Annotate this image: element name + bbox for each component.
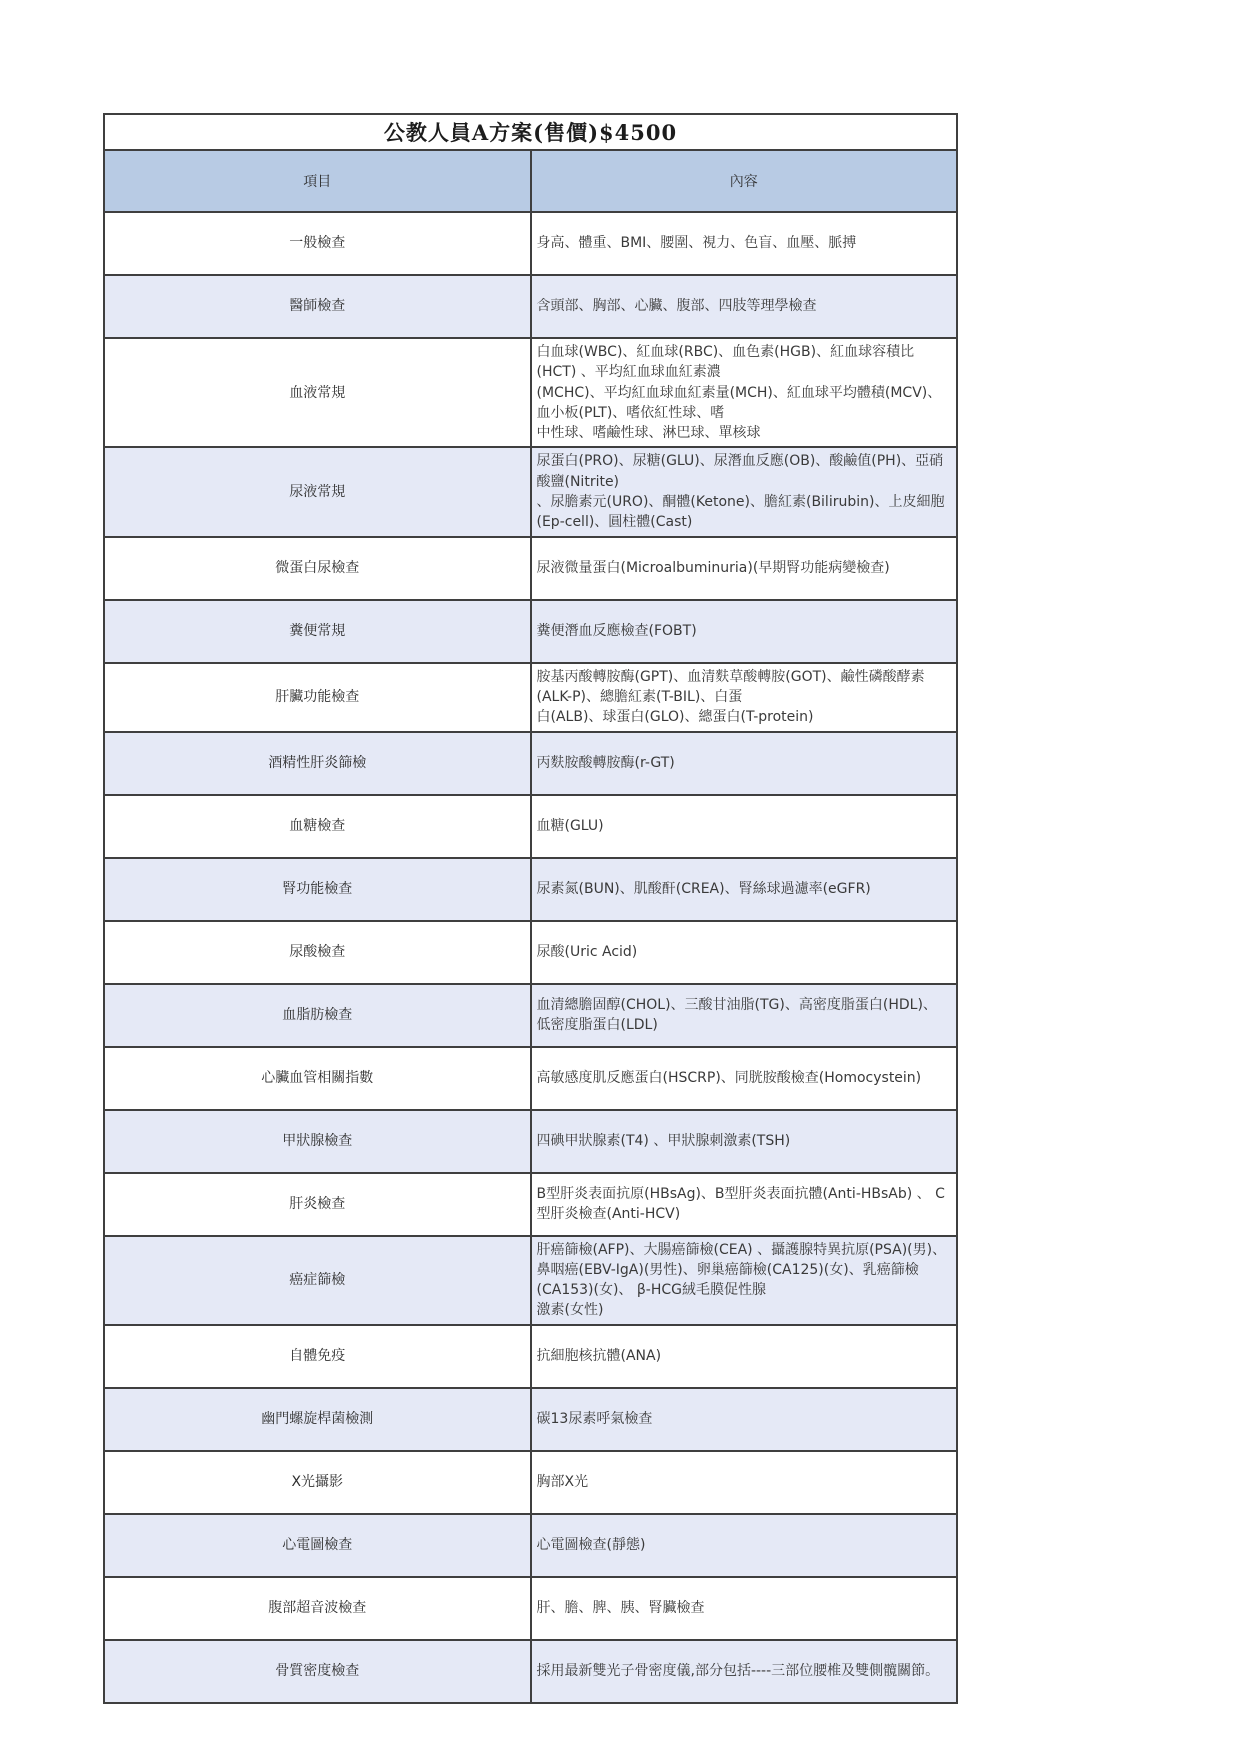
page-title: 公教人員A方案(售價)$4500 <box>104 114 957 150</box>
title-row: 公教人員A方案(售價)$4500 <box>104 114 957 150</box>
exam-item-content: 胺基丙酸轉胺酶(GPT)、血清麩草酸轉胺(GOT)、鹼性磷酸酵素(ALK-P)、… <box>531 663 958 732</box>
table-row: 血糖檢查 血糖(GLU) <box>104 795 957 858</box>
table-row: 腹部超音波檢查 肝、膽、脾、胰、腎臟檢查 <box>104 1577 957 1640</box>
table-row: 尿液常規 尿蛋白(PRO)、尿糖(GLU)、尿潛血反應(OB)、酸鹼值(PH)、… <box>104 447 957 536</box>
exam-item-name: 血脂肪檢查 <box>104 984 531 1047</box>
table-row: 心電圖檢查 心電圖檢查(靜態) <box>104 1514 957 1577</box>
document-page: 公教人員A方案(售價)$4500 項目 內容 一般檢查 身高、體重、BMI、腰圍… <box>0 0 1240 1754</box>
column-header-row: 項目 內容 <box>104 150 957 212</box>
exam-item-content: 尿素氮(BUN)、肌酸酐(CREA)、腎絲球過濾率(eGFR) <box>531 858 958 921</box>
table-row: 幽門螺旋桿菌檢測 碳13尿素呼氣檢查 <box>104 1388 957 1451</box>
column-header-content: 內容 <box>531 150 958 212</box>
table-row: X光攝影 胸部X光 <box>104 1451 957 1514</box>
table-row: 酒精性肝炎篩檢 丙麩胺酸轉胺酶(r-GT) <box>104 732 957 795</box>
table-row: 肝炎檢查 B型肝炎表面抗原(HBsAg)、B型肝炎表面抗體(Anti-HBsAb… <box>104 1173 957 1236</box>
exam-item-content: 胸部X光 <box>531 1451 958 1514</box>
exam-item-content: 肝、膽、脾、胰、腎臟檢查 <box>531 1577 958 1640</box>
exam-item-name: 骨質密度檢查 <box>104 1640 531 1703</box>
table-row: 癌症篩檢 肝癌篩檢(AFP)、大腸癌篩檢(CEA) 、攝護腺特異抗原(PSA)(… <box>104 1236 957 1325</box>
exam-item-name: 心電圖檢查 <box>104 1514 531 1577</box>
table-row: 骨質密度檢查 採用最新雙光子骨密度儀,部分包括----三部位腰椎及雙側髖關節。 <box>104 1640 957 1703</box>
exam-item-name: 糞便常規 <box>104 600 531 663</box>
column-header-item: 項目 <box>104 150 531 212</box>
exam-item-name: 醫師檢查 <box>104 275 531 338</box>
exam-item-content: 心電圖檢查(靜態) <box>531 1514 958 1577</box>
exam-item-name: 一般檢查 <box>104 212 531 275</box>
table-row: 血脂肪檢查 血清總膽固醇(CHOL)、三酸甘油脂(TG)、高密度脂蛋白(HDL)… <box>104 984 957 1047</box>
exam-item-name: 腹部超音波檢查 <box>104 1577 531 1640</box>
exam-item-content: 尿液微量蛋白(Microalbuminuria)(早期腎功能病變檢查) <box>531 537 958 600</box>
table-row: 心臟血管相關指數 高敏感度肌反應蛋白(HSCRP)、同胱胺酸檢查(Homocys… <box>104 1047 957 1110</box>
exam-item-name: 肝炎檢查 <box>104 1173 531 1236</box>
exam-item-content: 白血球(WBC)、紅血球(RBC)、血色素(HGB)、紅血球容積比(HCT) 、… <box>531 338 958 447</box>
table-row: 自體免疫 抗細胞核抗體(ANA) <box>104 1325 957 1388</box>
exam-item-content: 抗細胞核抗體(ANA) <box>531 1325 958 1388</box>
exam-item-name: 尿液常規 <box>104 447 531 536</box>
exam-item-content: 糞便潛血反應檢查(FOBT) <box>531 600 958 663</box>
exam-item-content: 採用最新雙光子骨密度儀,部分包括----三部位腰椎及雙側髖關節。 <box>531 1640 958 1703</box>
exam-item-content: 血清總膽固醇(CHOL)、三酸甘油脂(TG)、高密度脂蛋白(HDL)、低密度脂蛋… <box>531 984 958 1047</box>
exam-item-content: B型肝炎表面抗原(HBsAg)、B型肝炎表面抗體(Anti-HBsAb) 、 C… <box>531 1173 958 1236</box>
exam-item-name: 肝臟功能檢查 <box>104 663 531 732</box>
exam-item-content: 血糖(GLU) <box>531 795 958 858</box>
table-row: 糞便常規 糞便潛血反應檢查(FOBT) <box>104 600 957 663</box>
exam-item-name: 腎功能檢查 <box>104 858 531 921</box>
exam-item-name: 血液常規 <box>104 338 531 447</box>
exam-item-name: 尿酸檢查 <box>104 921 531 984</box>
exam-item-content: 四碘甲狀腺素(T4) 、甲狀腺刺激素(TSH) <box>531 1110 958 1173</box>
exam-item-name: 癌症篩檢 <box>104 1236 531 1325</box>
exam-item-name: 甲狀腺檢查 <box>104 1110 531 1173</box>
health-plan-table: 公教人員A方案(售價)$4500 項目 內容 一般檢查 身高、體重、BMI、腰圍… <box>103 113 958 1704</box>
table-row: 醫師檢查 含頭部、胸部、心臟、腹部、四肢等理學檢查 <box>104 275 957 338</box>
exam-item-name: 自體免疫 <box>104 1325 531 1388</box>
table-row: 甲狀腺檢查 四碘甲狀腺素(T4) 、甲狀腺刺激素(TSH) <box>104 1110 957 1173</box>
exam-item-content: 尿酸(Uric Acid) <box>531 921 958 984</box>
exam-item-name: X光攝影 <box>104 1451 531 1514</box>
exam-item-content: 尿蛋白(PRO)、尿糖(GLU)、尿潛血反應(OB)、酸鹼值(PH)、亞硝酸鹽(… <box>531 447 958 536</box>
table-row: 腎功能檢查 尿素氮(BUN)、肌酸酐(CREA)、腎絲球過濾率(eGFR) <box>104 858 957 921</box>
exam-item-content: 碳13尿素呼氣檢查 <box>531 1388 958 1451</box>
table-row: 微蛋白尿檢查 尿液微量蛋白(Microalbuminuria)(早期腎功能病變檢… <box>104 537 957 600</box>
exam-item-name: 酒精性肝炎篩檢 <box>104 732 531 795</box>
exam-item-name: 血糖檢查 <box>104 795 531 858</box>
exam-item-content: 丙麩胺酸轉胺酶(r-GT) <box>531 732 958 795</box>
exam-item-content: 含頭部、胸部、心臟、腹部、四肢等理學檢查 <box>531 275 958 338</box>
exam-item-name: 幽門螺旋桿菌檢測 <box>104 1388 531 1451</box>
exam-item-name: 微蛋白尿檢查 <box>104 537 531 600</box>
table-body: 一般檢查 身高、體重、BMI、腰圍、視力、色盲、血壓、脈搏 醫師檢查 含頭部、胸… <box>104 212 957 1703</box>
exam-item-content: 高敏感度肌反應蛋白(HSCRP)、同胱胺酸檢查(Homocystein) <box>531 1047 958 1110</box>
exam-item-content: 身高、體重、BMI、腰圍、視力、色盲、血壓、脈搏 <box>531 212 958 275</box>
table-row: 尿酸檢查 尿酸(Uric Acid) <box>104 921 957 984</box>
exam-item-content: 肝癌篩檢(AFP)、大腸癌篩檢(CEA) 、攝護腺特異抗原(PSA)(男)、 鼻… <box>531 1236 958 1325</box>
table-row: 血液常規 白血球(WBC)、紅血球(RBC)、血色素(HGB)、紅血球容積比(H… <box>104 338 957 447</box>
table-row: 肝臟功能檢查 胺基丙酸轉胺酶(GPT)、血清麩草酸轉胺(GOT)、鹼性磷酸酵素(… <box>104 663 957 732</box>
table-row: 一般檢查 身高、體重、BMI、腰圍、視力、色盲、血壓、脈搏 <box>104 212 957 275</box>
exam-item-name: 心臟血管相關指數 <box>104 1047 531 1110</box>
